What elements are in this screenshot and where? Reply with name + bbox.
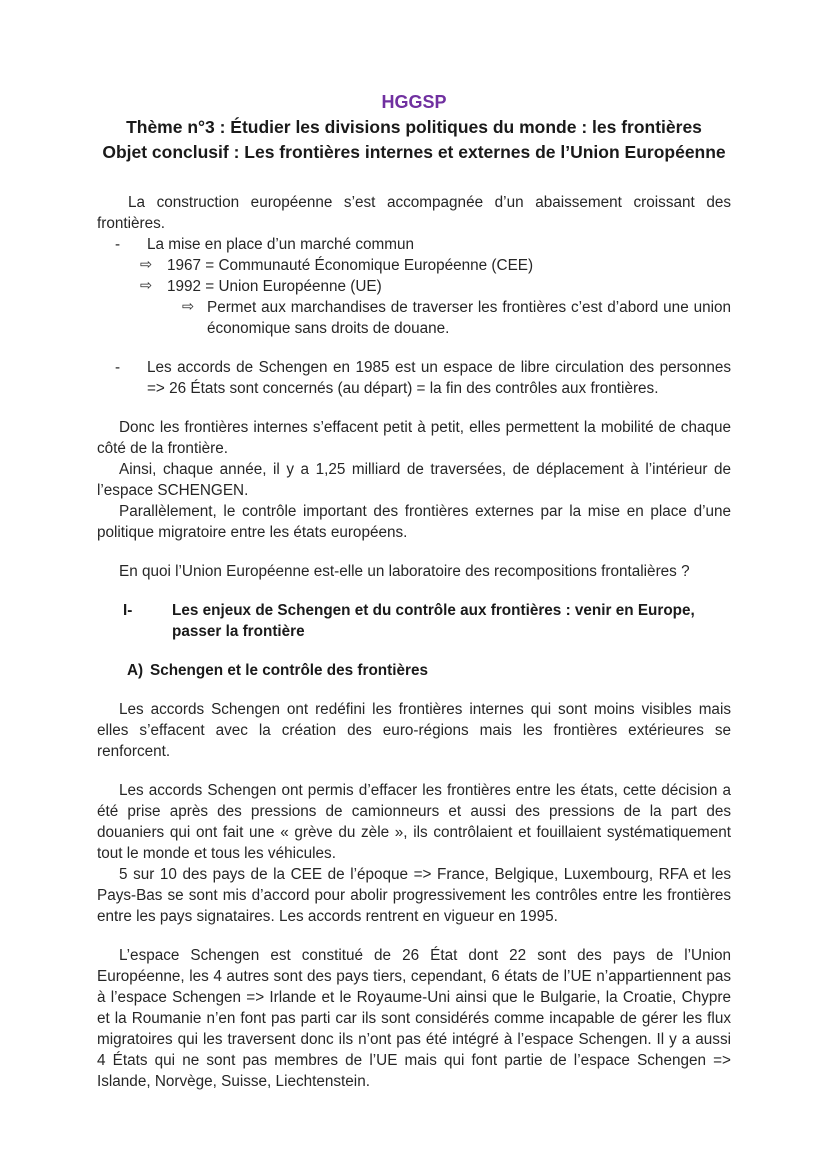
list-item-label: Les accords de Schengen en 1985 est un e… <box>147 359 731 397</box>
paragraph-redefini: Les accords Schengen ont redéfini les fr… <box>97 699 731 762</box>
course-title: HGGSP <box>97 90 731 115</box>
paragraph-problematique: En quoi l’Union Européenne est-elle un l… <box>97 561 731 582</box>
section-heading-1-number: I- <box>123 600 132 621</box>
paragraph-espace-schengen: L’espace Schengen est constitué de 26 Ét… <box>97 945 731 1092</box>
list-item-accords-schengen: - Les accords de Schengen en 1985 est un… <box>97 357 731 399</box>
arrow-bullet-icon: ⇨ <box>140 255 152 276</box>
paragraph-construction: La construction européenne s’est accompa… <box>97 192 731 234</box>
subsection-heading-a-letter: A) <box>127 660 143 681</box>
dash-bullet-icon: - <box>115 357 120 378</box>
list-item-1992: ⇨ 1992 = Union Européenne (UE) <box>97 276 731 297</box>
section-heading-1: I- Les enjeux de Schengen et du contrôle… <box>97 600 731 642</box>
list-item-label: 1992 = Union Européenne (UE) <box>167 278 382 295</box>
document-header: HGGSP Thème n°3 : Étudier les divisions … <box>97 90 731 165</box>
paragraph-ainsi: Ainsi, chaque année, il y a 1,25 milliar… <box>97 459 731 501</box>
list-item-permet: ⇨ Permet aux marchandises de traverser l… <box>97 297 731 339</box>
list-item-label: La mise en place d’un marché commun <box>147 236 414 253</box>
conclusion-object-title: Objet conclusif : Les frontières interne… <box>97 140 731 165</box>
paragraph-5sur10: 5 sur 10 des pays de la CEE de l’époque … <box>97 864 731 927</box>
section-heading-1-label: Les enjeux de Schengen et du contrôle au… <box>172 602 695 640</box>
list-item-label: Permet aux marchandises de traverser les… <box>207 299 731 337</box>
paragraph-parallelement: Parallèlement, le contrôle important des… <box>97 501 731 543</box>
arrow-bullet-icon: ⇨ <box>140 276 152 297</box>
subsection-heading-a-label: Schengen et le contrôle des frontières <box>150 662 428 679</box>
document-page: HGGSP Thème n°3 : Étudier les divisions … <box>0 0 828 1171</box>
paragraph-donc: Donc les frontières internes s’effacent … <box>97 417 731 459</box>
subsection-heading-a: A) Schengen et le contrôle des frontière… <box>97 660 731 681</box>
theme-title: Thème n°3 : Étudier les divisions politi… <box>97 115 731 140</box>
list-item-1967: ⇨ 1967 = Communauté Économique Européenn… <box>97 255 731 276</box>
arrow-bullet-icon: ⇨ <box>182 297 194 318</box>
dash-bullet-icon: - <box>115 234 120 255</box>
list-item-label: 1967 = Communauté Économique Européenne … <box>167 257 533 274</box>
list-item-marche-commun: - La mise en place d’un marché commun <box>97 234 731 255</box>
paragraph-permis: Les accords Schengen ont permis d’efface… <box>97 780 731 864</box>
